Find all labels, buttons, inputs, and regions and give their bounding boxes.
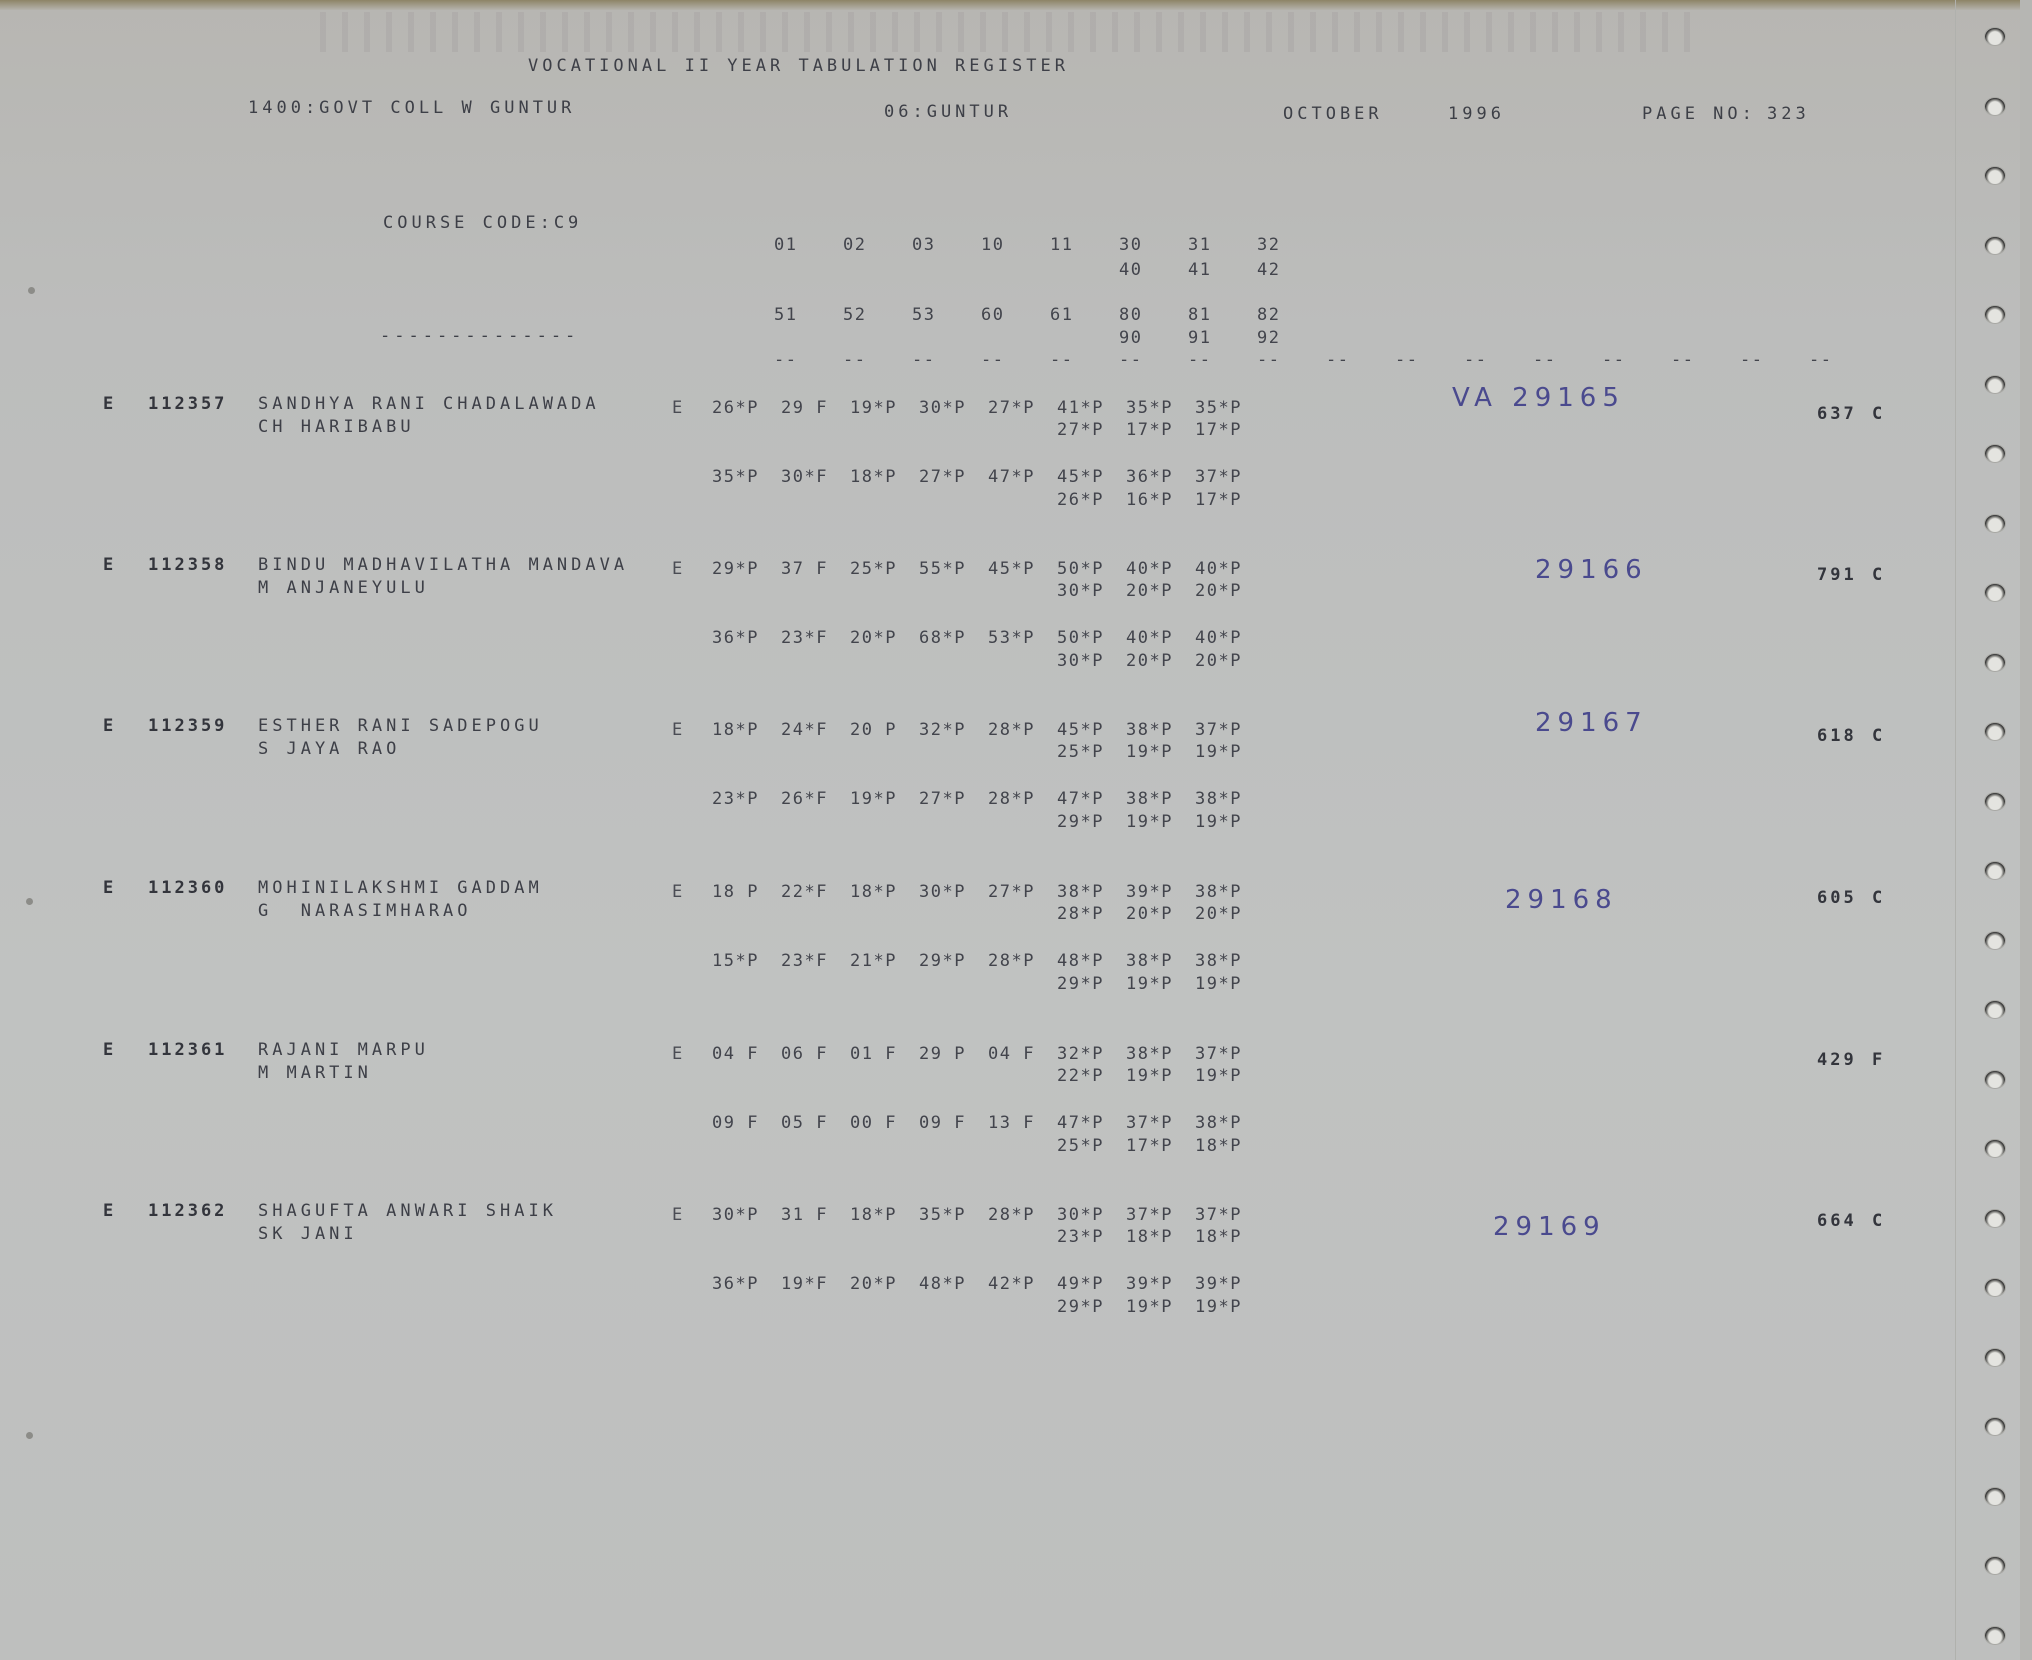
mark-cell: 20*P: [1126, 581, 1195, 601]
total-marks: 618: [1817, 726, 1857, 746]
course-underline: --------------: [380, 326, 579, 346]
mark-cell: 49*P: [1057, 1274, 1126, 1294]
student-name: MOHINILAKSHMI GADDAM: [258, 878, 543, 898]
mark-cell: 19*P: [1126, 1297, 1195, 1317]
mark-cell: 38*P: [1126, 951, 1195, 971]
mark-cell: 37*P: [1195, 1205, 1264, 1225]
year2-marks-second-line: 29*P19*P19*P: [1057, 812, 1264, 832]
mark-cell: 20*P: [1195, 651, 1264, 671]
result-class: C: [1872, 1211, 1885, 1231]
student-name: SHAGUFTA ANWARI SHAIK: [258, 1201, 557, 1221]
mark-cell: 37 F: [781, 559, 850, 579]
record-flag: E: [103, 555, 116, 575]
mark-cell: 50*P: [1057, 559, 1126, 579]
mark-cell: 29 P: [919, 1044, 988, 1064]
handwritten-serial-number: VA 29165: [1452, 383, 1625, 413]
mark-cell: 27*P: [919, 789, 988, 809]
tractor-hole: [1985, 445, 2005, 462]
tractor-hole: [1985, 862, 2005, 879]
mark-cell: 38*P: [1057, 882, 1126, 902]
mark-cell: 29*P: [919, 951, 988, 971]
mark-cell: 41*P: [1057, 398, 1126, 418]
mark-cell: 28*P: [988, 951, 1057, 971]
hall-ticket-number: 112362: [148, 1201, 227, 1221]
mark-cell: 38*P: [1195, 882, 1264, 902]
mark-cell: 29 F: [781, 398, 850, 418]
mark-cell: 19*P: [1195, 1066, 1264, 1086]
mark-cell: 19*P: [1195, 812, 1264, 832]
mark-cell: 20*P: [850, 1274, 919, 1294]
mark-cell: 40*P: [1195, 559, 1264, 579]
paper-right-edge: [2020, 0, 2032, 1660]
paper-speck: [26, 1432, 33, 1439]
mark-cell: 23*P: [1057, 1227, 1126, 1247]
tractor-hole: [1985, 1627, 2005, 1644]
mark-cell: 29*P: [1057, 812, 1126, 832]
tractor-hole: [1985, 237, 2005, 254]
mark-cell: 20*P: [1126, 651, 1195, 671]
tractor-hole: [1985, 306, 2005, 323]
mark-cell: 47*P: [1057, 1113, 1126, 1133]
mark-cell: 37*P: [1126, 1113, 1195, 1133]
record-flag: E: [103, 394, 116, 414]
mark-cell: 39*P: [1195, 1274, 1264, 1294]
hall-ticket-number: 112357: [148, 394, 227, 414]
mark-cell: 29*P: [1057, 1297, 1126, 1317]
mark-cell: 13 F: [988, 1113, 1057, 1133]
mark-cell: 40*P: [1126, 628, 1195, 648]
mark-cell: 30*P: [712, 1205, 781, 1225]
page-number-label: PAGE NO:: [1642, 104, 1756, 124]
mark-cell: 19*P: [850, 789, 919, 809]
hall-ticket-number: 112359: [148, 716, 227, 736]
mark-cell: 20*P: [1195, 904, 1264, 924]
mark-cell: 31 F: [781, 1205, 850, 1225]
tractor-hole: [1985, 932, 2005, 949]
medium-code: E: [672, 559, 686, 579]
mark-cell: 09 F: [712, 1113, 781, 1133]
exam-year: 1996: [1448, 104, 1505, 124]
mark-cell: 24*F: [781, 720, 850, 740]
year1-marks: 18 P22*F18*P30*P27*P38*P39*P38*P: [712, 882, 1264, 902]
mark-cell: 21*P: [850, 951, 919, 971]
year2-marks: 23*P26*F19*P27*P28*P47*P38*P38*P: [712, 789, 1264, 809]
year1-marks: 18*P24*F20 P32*P28*P45*P38*P37*P: [712, 720, 1264, 740]
mark-cell: 20 P: [850, 720, 919, 740]
tractor-hole: [1985, 584, 2005, 601]
mark-cell: 19*P: [1195, 1297, 1264, 1317]
bleed-through-text: [320, 12, 1700, 52]
mark-cell: 29*P: [712, 559, 781, 579]
hall-ticket-number: 112358: [148, 555, 227, 575]
mark-cell: 09 F: [919, 1113, 988, 1133]
parent-name: M MARTIN: [258, 1063, 372, 1083]
record-flag: E: [103, 1201, 116, 1221]
year2-marks: 15*P23*F21*P29*P28*P48*P38*P38*P: [712, 951, 1264, 971]
medium-code: E: [672, 720, 686, 740]
mark-cell: 26*F: [781, 789, 850, 809]
mark-cell: 45*P: [1057, 467, 1126, 487]
hall-ticket-number: 112361: [148, 1040, 227, 1060]
record-flag: E: [103, 1040, 116, 1060]
mark-cell: 30*P: [1057, 1205, 1126, 1225]
mark-cell: 19*F: [781, 1274, 850, 1294]
mark-cell: 18 P: [712, 882, 781, 902]
total-marks: 605: [1817, 888, 1857, 908]
total-marks: 664: [1817, 1211, 1857, 1231]
mark-cell: 39*P: [1126, 882, 1195, 902]
mark-cell: 68*P: [919, 628, 988, 648]
mark-cell: 30*P: [1057, 651, 1126, 671]
mark-cell: 28*P: [988, 1205, 1057, 1225]
mark-cell: 50*P: [1057, 628, 1126, 648]
tractor-hole: [1985, 1071, 2005, 1088]
medium-code: E: [672, 1044, 686, 1064]
mark-cell: 04 F: [988, 1044, 1057, 1064]
mark-cell: 19*P: [1126, 812, 1195, 832]
tractor-hole: [1985, 98, 2005, 115]
mark-cell: 53*P: [988, 628, 1057, 648]
mark-cell: 17*P: [1126, 1136, 1195, 1156]
mark-cell: 30*P: [919, 882, 988, 902]
handwritten-serial-number: 29168: [1505, 885, 1618, 915]
record-flag: E: [103, 716, 116, 736]
handwritten-serial-number: 29166: [1535, 555, 1648, 585]
mark-cell: 26*P: [712, 398, 781, 418]
hall-ticket-number: 112360: [148, 878, 227, 898]
mark-cell: 45*P: [988, 559, 1057, 579]
tractor-hole: [1985, 167, 2005, 184]
tractor-hole: [1985, 723, 2005, 740]
mark-cell: 47*P: [1057, 789, 1126, 809]
mark-cell: 06 F: [781, 1044, 850, 1064]
mark-cell: 36*P: [712, 628, 781, 648]
register-title: VOCATIONAL II YEAR TABULATION REGISTER: [528, 56, 1069, 76]
year1-marks: 26*P29 F19*P30*P27*P41*P35*P35*P: [712, 398, 1264, 418]
parent-name: SK JANI: [258, 1224, 358, 1244]
parent-name: CH HARIBABU: [258, 417, 415, 437]
mark-cell: 27*P: [1057, 420, 1126, 440]
course-code: COURSE CODE:C9: [383, 213, 582, 233]
year1-marks-second-line: 28*P20*P20*P: [1057, 904, 1264, 924]
mark-cell: 28*P: [988, 789, 1057, 809]
year2-marks-second-line: 25*P17*P18*P: [1057, 1136, 1264, 1156]
mark-cell: 37*P: [1195, 720, 1264, 740]
mark-cell: 16*P: [1126, 490, 1195, 510]
mark-cell: 01 F: [850, 1044, 919, 1064]
paper-speck: [26, 898, 33, 905]
mark-cell: 28*P: [1057, 904, 1126, 924]
tractor-hole: [1985, 1140, 2005, 1157]
mark-cell: 38*P: [1126, 789, 1195, 809]
mark-cell: 25*P: [1057, 1136, 1126, 1156]
tractor-hole: [1985, 654, 2005, 671]
mark-cell: 17*P: [1195, 490, 1264, 510]
district-name: 06:GUNTUR: [884, 102, 1012, 122]
mark-cell: 19*P: [1126, 1066, 1195, 1086]
medium-code: E: [672, 882, 686, 902]
mark-cell: 32*P: [1057, 1044, 1126, 1064]
result-class: C: [1872, 404, 1885, 424]
page-number: 323: [1767, 104, 1810, 124]
mark-cell: 19*P: [850, 398, 919, 418]
mark-cell: 38*P: [1126, 720, 1195, 740]
mark-cell: 48*P: [1057, 951, 1126, 971]
mark-cell: 36*P: [712, 1274, 781, 1294]
mark-cell: 38*P: [1195, 1113, 1264, 1133]
mark-cell: 17*P: [1126, 420, 1195, 440]
mark-cell: 15*P: [712, 951, 781, 971]
mark-cell: 40*P: [1126, 559, 1195, 579]
mark-cell: 19*P: [1195, 974, 1264, 994]
mark-cell: 04 F: [712, 1044, 781, 1064]
mark-cell: 30*F: [781, 467, 850, 487]
tractor-hole: [1985, 1210, 2005, 1227]
year1-marks-second-line: 22*P19*P19*P: [1057, 1066, 1264, 1086]
mark-cell: 37*P: [1195, 467, 1264, 487]
mark-cell: 38*P: [1126, 1044, 1195, 1064]
mark-cell: 25*P: [1057, 742, 1126, 762]
tractor-hole: [1985, 1557, 2005, 1574]
mark-cell: 18*P: [850, 1205, 919, 1225]
parent-name: M ANJANEYULU: [258, 578, 429, 598]
parent-name: S JAYA RAO: [258, 739, 400, 759]
year2-marks-second-line: 30*P20*P20*P: [1057, 651, 1264, 671]
mark-cell: 39*P: [1126, 1274, 1195, 1294]
parent-name: G NARASIMHARAO: [258, 901, 472, 921]
year2-marks: 36*P19*F20*P48*P42*P49*P39*P39*P: [712, 1274, 1264, 1294]
tractor-hole: [1985, 1001, 2005, 1018]
year1-marks: 29*P37 F25*P55*P45*P50*P40*P40*P: [712, 559, 1264, 579]
medium-code: E: [672, 1205, 686, 1225]
mark-cell: 19*P: [1195, 742, 1264, 762]
mark-cell: 25*P: [850, 559, 919, 579]
mark-cell: 23*F: [781, 628, 850, 648]
mark-cell: 28*P: [988, 720, 1057, 740]
year2-marks-second-line: 29*P19*P19*P: [1057, 974, 1264, 994]
tractor-hole: [1985, 1488, 2005, 1505]
handwritten-serial-number: 29167: [1535, 708, 1648, 738]
mark-cell: 42*P: [988, 1274, 1057, 1294]
mark-cell: 18*P: [1126, 1227, 1195, 1247]
mark-cell: 19*P: [1126, 742, 1195, 762]
mark-cell: 17*P: [1195, 420, 1264, 440]
medium-code: E: [672, 398, 686, 418]
mark-cell: 55*P: [919, 559, 988, 579]
mark-cell: 20*P: [850, 628, 919, 648]
paper-top-edge: [0, 0, 2032, 10]
mark-cell: 20*P: [1195, 581, 1264, 601]
student-name: RAJANI MARPU: [258, 1040, 429, 1060]
handwritten-serial-number: 29169: [1493, 1212, 1606, 1242]
mark-cell: 47*P: [988, 467, 1057, 487]
record-flag: E: [103, 878, 116, 898]
mark-cell: 40*P: [1195, 628, 1264, 648]
tractor-hole: [1985, 1279, 2005, 1296]
mark-cell: 45*P: [1057, 720, 1126, 740]
column-dashes: --------------------------------: [727, 330, 1878, 390]
year1-marks-second-line: 30*P20*P20*P: [1057, 581, 1264, 601]
year1-marks-second-line: 23*P18*P18*P: [1057, 1227, 1264, 1247]
student-name: ESTHER RANI SADEPOGU: [258, 716, 543, 736]
exam-month: OCTOBER: [1283, 104, 1383, 124]
mark-cell: 35*P: [712, 467, 781, 487]
mark-cell: 05 F: [781, 1113, 850, 1133]
mark-cell: 35*P: [1195, 398, 1264, 418]
mark-cell: 20*P: [1126, 904, 1195, 924]
mark-cell: 37*P: [1126, 1205, 1195, 1225]
student-name: BINDU MADHAVILATHA MANDAVA: [258, 555, 628, 575]
mark-cell: 27*P: [919, 467, 988, 487]
mark-cell: 32*P: [919, 720, 988, 740]
year2-marks-second-line: 26*P16*P17*P: [1057, 490, 1264, 510]
tractor-hole: [1985, 376, 2005, 393]
college-name: 1400:GOVT COLL W GUNTUR: [248, 98, 575, 118]
tractor-hole: [1985, 1349, 2005, 1366]
year2-marks: 36*P23*F20*P68*P53*P50*P40*P40*P: [712, 628, 1264, 648]
result-class: C: [1872, 565, 1885, 585]
total-marks: 791: [1817, 565, 1857, 585]
mark-cell: 26*P: [1057, 490, 1126, 510]
mark-cell: 35*P: [1126, 398, 1195, 418]
year1-marks-second-line: 27*P17*P17*P: [1057, 420, 1264, 440]
year2-marks: 09 F05 F00 F09 F13 F47*P37*P38*P: [712, 1113, 1264, 1133]
year1-marks-second-line: 25*P19*P19*P: [1057, 742, 1264, 762]
perforation-line: [1955, 0, 1956, 1660]
mark-cell: 38*P: [1195, 951, 1264, 971]
mark-cell: 22*F: [781, 882, 850, 902]
mark-cell: 18*P: [850, 882, 919, 902]
mark-cell: 23*F: [781, 951, 850, 971]
student-name: SANDHYA RANI CHADALAWADA: [258, 394, 600, 414]
tractor-hole: [1985, 515, 2005, 532]
mark-cell: 19*P: [1126, 974, 1195, 994]
mark-cell: 23*P: [712, 789, 781, 809]
paper-speck: [28, 287, 35, 294]
mark-cell: 37*P: [1195, 1044, 1264, 1064]
year1-marks: 04 F06 F01 F29 P04 F32*P38*P37*P: [712, 1044, 1264, 1064]
mark-cell: 00 F: [850, 1113, 919, 1133]
mark-cell: 18*P: [850, 467, 919, 487]
mark-cell: 22*P: [1057, 1066, 1126, 1086]
year2-marks-second-line: 29*P19*P19*P: [1057, 1297, 1264, 1317]
mark-cell: 30*P: [1057, 581, 1126, 601]
tractor-hole: [1985, 793, 2005, 810]
mark-cell: 27*P: [988, 398, 1057, 418]
tractor-hole: [1985, 1418, 2005, 1435]
result-class: C: [1872, 726, 1885, 746]
mark-cell: 29*P: [1057, 974, 1126, 994]
printout-page: VOCATIONAL II YEAR TABULATION REGISTER 1…: [0, 0, 2032, 1660]
year1-marks: 30*P31 F18*P35*P28*P30*P37*P37*P: [712, 1205, 1264, 1225]
mark-cell: 48*P: [919, 1274, 988, 1294]
mark-cell: 27*P: [988, 882, 1057, 902]
mark-cell: 36*P: [1126, 467, 1195, 487]
total-marks: 637: [1817, 404, 1857, 424]
mark-cell: 18*P: [712, 720, 781, 740]
mark-cell: 38*P: [1195, 789, 1264, 809]
result-class: F: [1872, 1050, 1885, 1070]
mark-cell: 18*P: [1195, 1227, 1264, 1247]
total-marks: 429: [1817, 1050, 1857, 1070]
year2-marks: 35*P30*F18*P27*P47*P45*P36*P37*P: [712, 467, 1264, 487]
mark-cell: 35*P: [919, 1205, 988, 1225]
mark-cell: 30*P: [919, 398, 988, 418]
mark-cell: 18*P: [1195, 1136, 1264, 1156]
result-class: C: [1872, 888, 1885, 908]
tractor-hole: [1985, 28, 2005, 45]
